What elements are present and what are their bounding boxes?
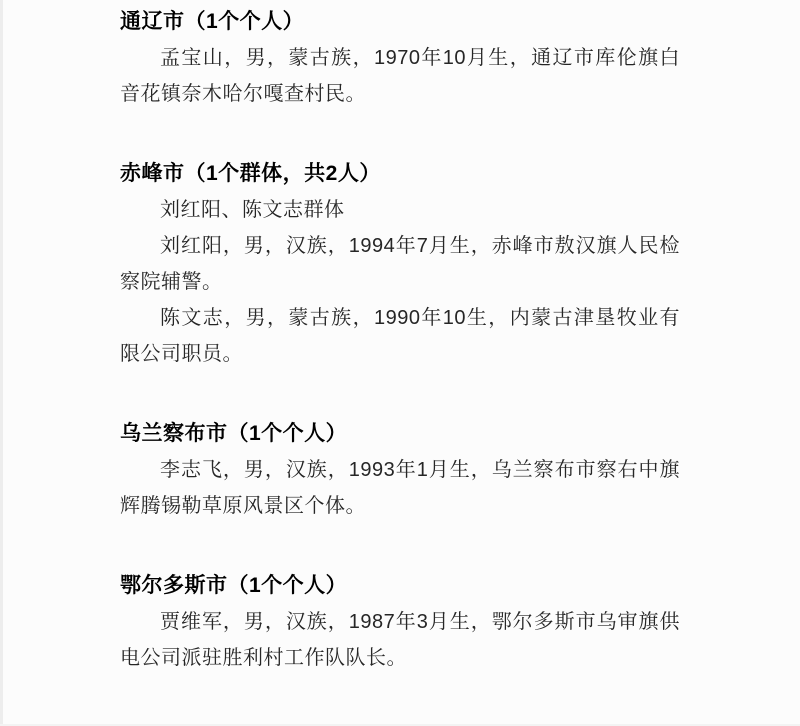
section-chifeng: 赤峰市（1个群体，共2人） 刘红阳、陈文志群体 刘红阳，男，汉族，1994年7月… [120, 156, 680, 372]
paragraph-lizhifei: 李志飞，男，汉族，1993年1月生，乌兰察布市察右中旗辉腾锡勒草原风景区个体。 [120, 452, 680, 524]
paragraph-jiaweijun: 贾维军，男，汉族，1987年3月生，鄂尔多斯市乌审旗供电公司派驻胜利村工作队队长… [120, 604, 680, 676]
section-tongliao: 通辽市（1个个人） 孟宝山，男，蒙古族，1970年10月生，通辽市库伦旗白音花镇… [120, 4, 680, 112]
heading-ulanqab: 乌兰察布市（1个个人） [120, 416, 680, 452]
paragraph-liuhongyang: 刘红阳，男，汉族，1994年7月生，赤峰市敖汉旗人民检察院辅警。 [120, 228, 680, 300]
section-ulanqab: 乌兰察布市（1个个人） 李志飞，男，汉族，1993年1月生，乌兰察布市察右中旗辉… [120, 416, 680, 524]
heading-chifeng: 赤峰市（1个群体，共2人） [120, 156, 680, 192]
document-page: 通辽市（1个个人） 孟宝山，男，蒙古族，1970年10月生，通辽市库伦旗白音花镇… [0, 0, 800, 726]
paragraph-chenwenzhi: 陈文志，男，蒙古族，1990年10生，内蒙古津垦牧业有限公司职员。 [120, 300, 680, 372]
heading-tongliao: 通辽市（1个个人） [120, 4, 680, 40]
heading-ordos: 鄂尔多斯市（1个个人） [120, 568, 680, 604]
paragraph-mengbaoshan: 孟宝山，男，蒙古族，1970年10月生，通辽市库伦旗白音花镇奈木哈尔嘎查村民。 [120, 40, 680, 112]
paragraph-group-names: 刘红阳、陈文志群体 [120, 192, 680, 228]
section-ordos: 鄂尔多斯市（1个个人） 贾维军，男，汉族，1987年3月生，鄂尔多斯市乌审旗供电… [120, 568, 680, 676]
